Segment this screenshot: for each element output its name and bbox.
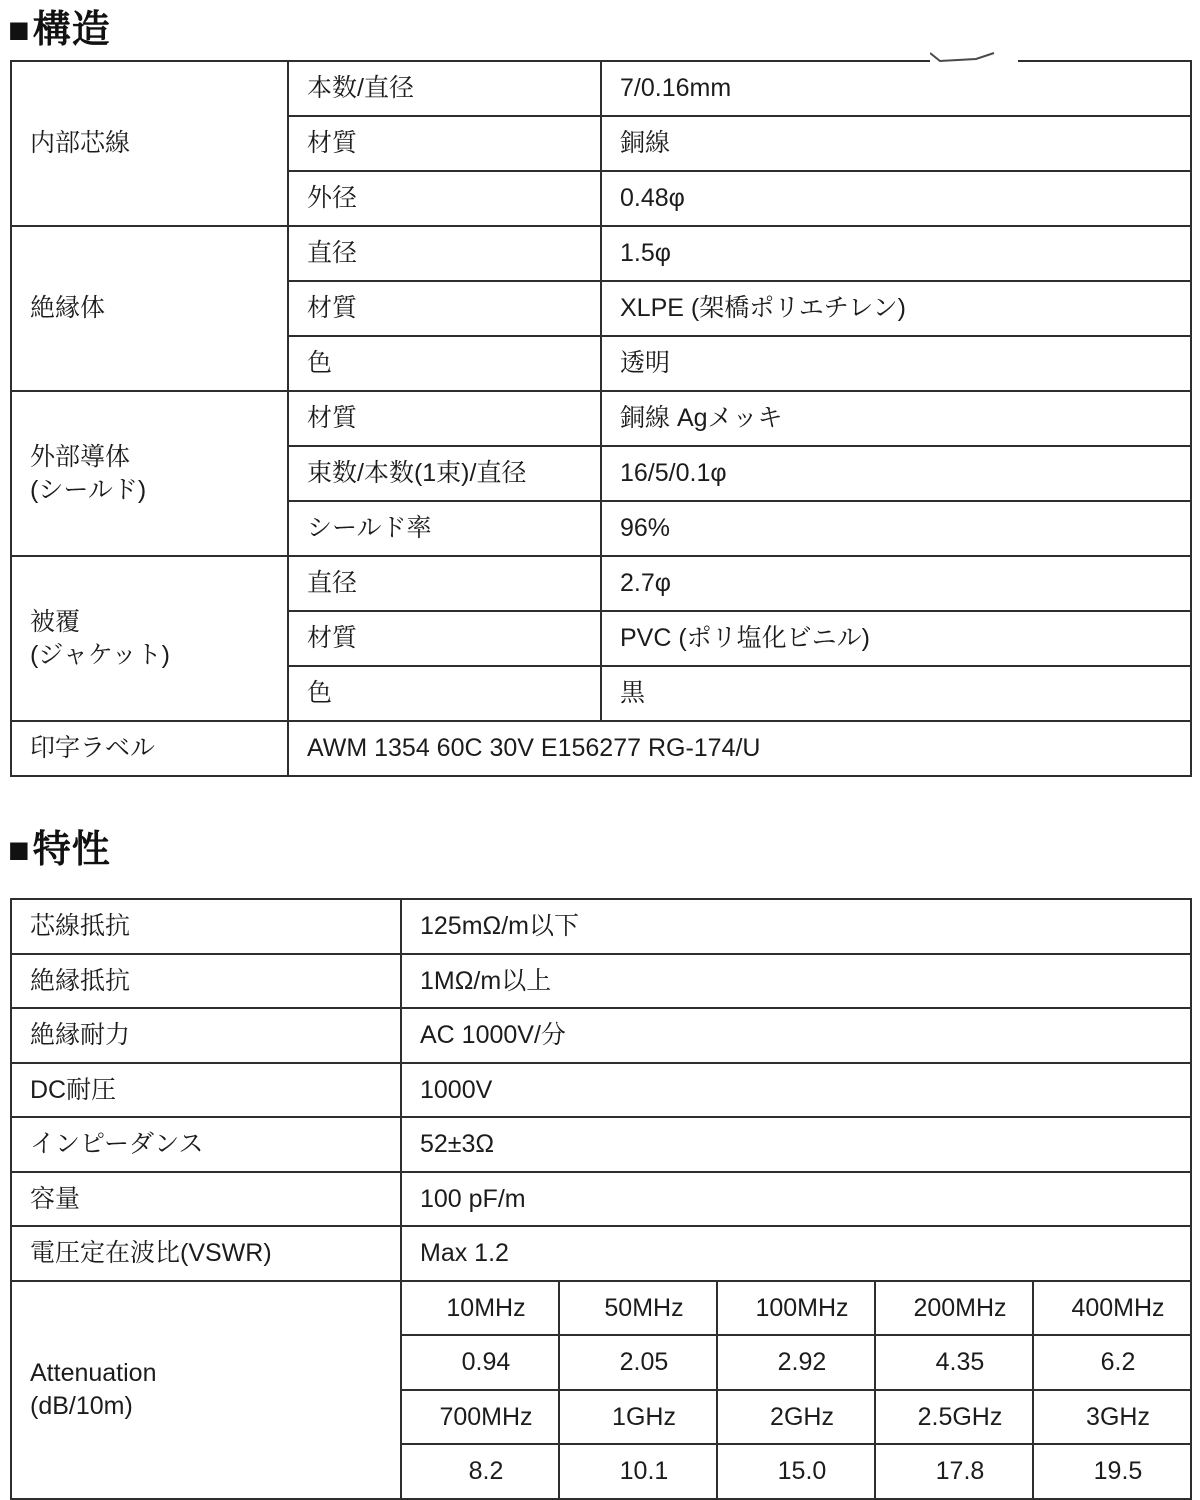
attenuation-freq: 200MHz bbox=[875, 1281, 1033, 1336]
attenuation-freq: 100MHz bbox=[717, 1281, 875, 1336]
characteristic-label: 容量 bbox=[11, 1172, 401, 1227]
table-row: 内部芯線 本数/直径 7/0.16mm bbox=[11, 61, 1191, 116]
table-row: 電圧定在波比(VSWR) Max 1.2 bbox=[11, 1226, 1191, 1281]
property-value: XLPE (架橋ポリエチレン) bbox=[601, 281, 1191, 336]
group-label-jacket: 被覆 (ジャケット) bbox=[11, 556, 288, 721]
property-label: 材質 bbox=[288, 116, 601, 171]
attenuation-freq: 2GHz bbox=[717, 1390, 875, 1445]
property-value: 銅線 Agメッキ bbox=[601, 391, 1191, 446]
table-row: インピーダンス 52±3Ω bbox=[11, 1117, 1191, 1172]
property-label: 材質 bbox=[288, 281, 601, 336]
black-square-bullet: ■ bbox=[8, 829, 31, 870]
print-label-name: 印字ラベル bbox=[11, 721, 288, 776]
attenuation-value: 6.2 bbox=[1033, 1335, 1191, 1390]
property-value: 1.5φ bbox=[601, 226, 1191, 281]
table-row: 外部導体 (シールド) 材質 銅線 Agメッキ bbox=[11, 391, 1191, 446]
characteristic-label: 芯線抵抗 bbox=[11, 899, 401, 954]
black-square-bullet: ■ bbox=[8, 9, 31, 50]
structure-section-title: 構造 bbox=[33, 9, 111, 51]
table-row: 絶縁体 直径 1.5φ bbox=[11, 226, 1191, 281]
characteristics-section-heading: ■特性 bbox=[8, 818, 111, 873]
attenuation-freq: 50MHz bbox=[559, 1281, 717, 1336]
property-value: 96% bbox=[601, 501, 1191, 556]
characteristic-value: 125mΩ/m以下 bbox=[401, 899, 1191, 954]
property-label: 色 bbox=[288, 666, 601, 721]
property-label: 直径 bbox=[288, 556, 601, 611]
attenuation-freq: 10MHz bbox=[401, 1281, 559, 1336]
characteristic-value: 52±3Ω bbox=[401, 1117, 1191, 1172]
property-label: 材質 bbox=[288, 611, 601, 666]
characteristics-section-title: 特性 bbox=[33, 829, 111, 871]
attenuation-value: 15.0 bbox=[717, 1444, 875, 1499]
property-value: PVC (ポリ塩化ビニル) bbox=[601, 611, 1191, 666]
property-label: 色 bbox=[288, 336, 601, 391]
attenuation-freq: 3GHz bbox=[1033, 1390, 1191, 1445]
property-value: 16/5/0.1φ bbox=[601, 446, 1191, 501]
property-value: 2.7φ bbox=[601, 556, 1191, 611]
print-label-value: AWM 1354 60C 30V E156277 RG-174/U bbox=[288, 721, 1191, 776]
attenuation-value: 4.35 bbox=[875, 1335, 1033, 1390]
characteristic-value: Max 1.2 bbox=[401, 1226, 1191, 1281]
property-label: 直径 bbox=[288, 226, 601, 281]
group-label-outer-conductor: 外部導体 (シールド) bbox=[11, 391, 288, 556]
table-row: 絶縁抵抗 1MΩ/m以上 bbox=[11, 954, 1191, 1009]
property-value: 透明 bbox=[601, 336, 1191, 391]
property-label: 本数/直径 bbox=[288, 61, 601, 116]
property-value: 0.48φ bbox=[601, 171, 1191, 226]
property-label: 材質 bbox=[288, 391, 601, 446]
attenuation-value: 10.1 bbox=[559, 1444, 717, 1499]
group-label-insulator: 絶縁体 bbox=[11, 226, 288, 391]
characteristic-label: インピーダンス bbox=[11, 1117, 401, 1172]
attenuation-value: 2.92 bbox=[717, 1335, 875, 1390]
characteristic-value: 100 pF/m bbox=[401, 1172, 1191, 1227]
table-row: 芯線抵抗 125mΩ/m以下 bbox=[11, 899, 1191, 954]
characteristic-value: 1000V bbox=[401, 1063, 1191, 1118]
characteristic-label: 絶縁耐力 bbox=[11, 1008, 401, 1063]
structure-section-heading: ■構造 bbox=[8, 0, 111, 53]
attenuation-value: 19.5 bbox=[1033, 1444, 1191, 1499]
property-label: 外径 bbox=[288, 171, 601, 226]
table-row: 被覆 (ジャケット) 直径 2.7φ bbox=[11, 556, 1191, 611]
spec-sheet-page: ■構造 内部芯線 本数/直径 7/0.16mm 材質 銅線 外径 0.48φ 絶… bbox=[0, 0, 1200, 1500]
table-row: 絶縁耐力 AC 1000V/分 bbox=[11, 1008, 1191, 1063]
property-value: 7/0.16mm bbox=[601, 61, 1191, 116]
group-label-inner-core: 内部芯線 bbox=[11, 61, 288, 226]
characteristic-value: AC 1000V/分 bbox=[401, 1008, 1191, 1063]
attenuation-freq: 700MHz bbox=[401, 1390, 559, 1445]
attenuation-freq: 400MHz bbox=[1033, 1281, 1191, 1336]
property-label: 束数/本数(1束)/直径 bbox=[288, 446, 601, 501]
characteristics-table: 芯線抵抗 125mΩ/m以下 絶縁抵抗 1MΩ/m以上 絶縁耐力 AC 1000… bbox=[10, 898, 1192, 1500]
attenuation-value: 0.94 bbox=[401, 1335, 559, 1390]
table-row: DC耐圧 1000V bbox=[11, 1063, 1191, 1118]
table-row: 容量 100 pF/m bbox=[11, 1172, 1191, 1227]
table-row: Attenuation (dB/10m) 10MHz 50MHz 100MHz … bbox=[11, 1281, 1191, 1336]
table-row: 印字ラベル AWM 1354 60C 30V E156277 RG-174/U bbox=[11, 721, 1191, 776]
attenuation-value: 2.05 bbox=[559, 1335, 717, 1390]
attenuation-freq: 1GHz bbox=[559, 1390, 717, 1445]
characteristic-value: 1MΩ/m以上 bbox=[401, 954, 1191, 1009]
structure-table: 内部芯線 本数/直径 7/0.16mm 材質 銅線 外径 0.48φ 絶縁体 直… bbox=[10, 60, 1192, 777]
property-value: 黒 bbox=[601, 666, 1191, 721]
characteristic-label: 絶縁抵抗 bbox=[11, 954, 401, 1009]
attenuation-value: 8.2 bbox=[401, 1444, 559, 1499]
characteristic-label: DC耐圧 bbox=[11, 1063, 401, 1118]
attenuation-freq: 2.5GHz bbox=[875, 1390, 1033, 1445]
characteristic-label: 電圧定在波比(VSWR) bbox=[11, 1226, 401, 1281]
property-value: 銅線 bbox=[601, 116, 1191, 171]
property-label: シールド率 bbox=[288, 501, 601, 556]
attenuation-value: 17.8 bbox=[875, 1444, 1033, 1499]
attenuation-label: Attenuation (dB/10m) bbox=[11, 1281, 401, 1499]
